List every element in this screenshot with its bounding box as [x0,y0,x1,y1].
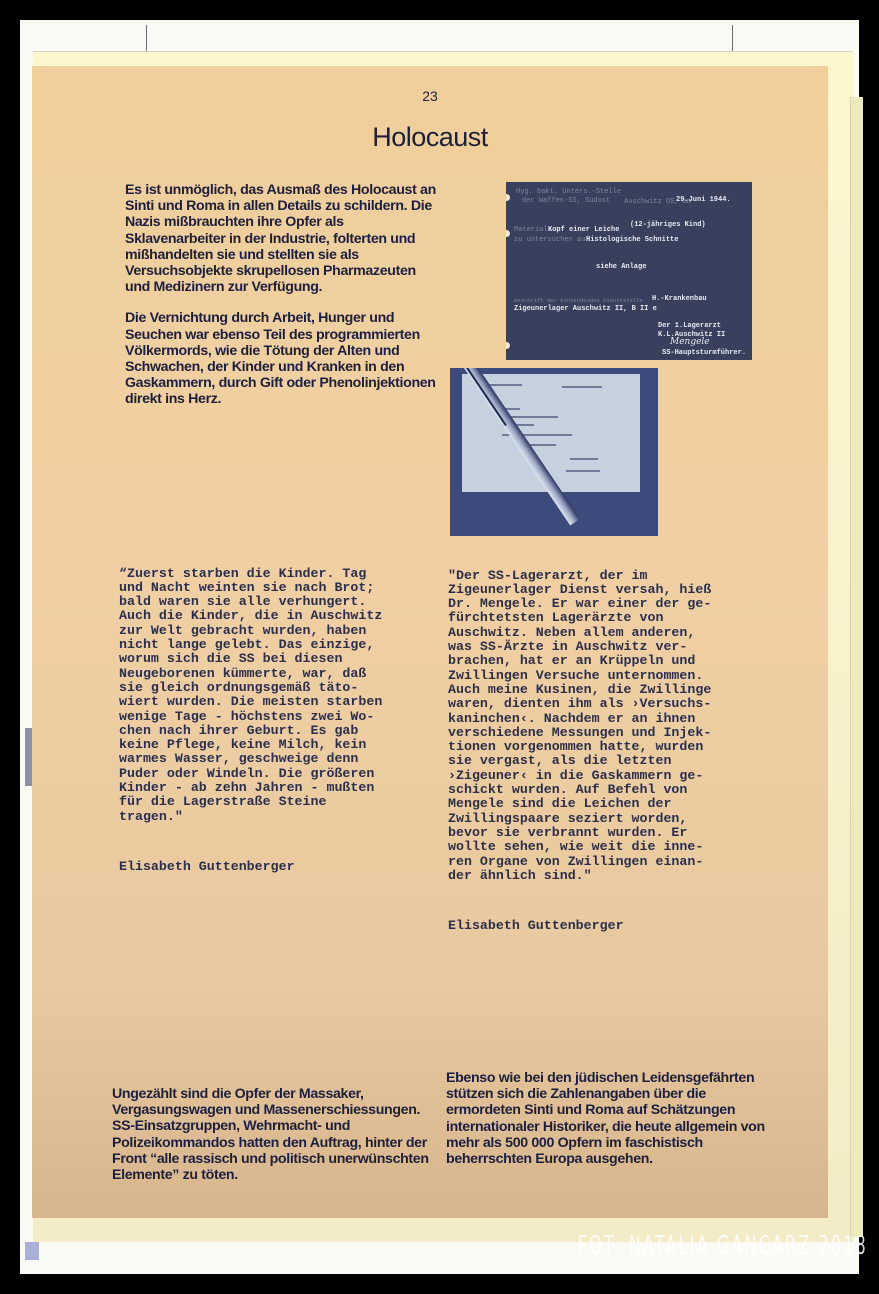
punch-hole [506,342,510,349]
report-signer: SS-Hauptsturmführer. [662,349,746,358]
report-signature: Mengele [670,338,710,347]
punch-hole [506,230,510,237]
quote-attribution: Elisabeth Guttenberger [119,860,382,874]
report-sender: Zigeunerlager Auschwitz II, B II e [514,305,657,314]
intro-text: Es ist unmöglich, das Ausmaß des Holocau… [125,182,441,423]
bottom-display-tab [25,1242,39,1260]
report-label: Anschrift der einsendenden Dienststelle [514,296,643,305]
quote-left: “Zuerst starben die Kinder. Tag und Nach… [119,538,382,902]
report-label: zu untersuchen auf [514,236,590,245]
report-label: Material: [514,226,552,235]
report-header: Hyg. bakt. Unters.-Stelle [516,188,621,197]
report-exam: Histologische Schnitte [586,236,678,245]
hanging-wire [732,25,733,53]
report-note: (12-jähriges Kind) [630,221,706,230]
page-title: Holocaust [32,122,828,153]
report-sender: H.-Krankenbau [652,295,707,304]
lab-report-image: Hyg. bakt. Unters.-Stelle der Waffen-SS,… [506,182,752,360]
report-signer: Der 1.Lagerarzt [658,322,721,331]
page-number: 23 [32,88,828,104]
mount-edge [850,97,863,1237]
quote-attribution: Elisabeth Guttenberger [448,919,711,933]
document-with-syringe-image [450,368,658,536]
report-header: der Waffen-SS, Südost [522,197,610,206]
quote-text: "Der SS-Lagerarzt, der im Zigeunerlager … [448,569,711,884]
intro-paragraph: Die Vernichtung durch Arbeit, Hunger und… [125,310,441,407]
report-diagnosis: siehe Anlage [596,263,646,272]
exhibition-poster: 23 Holocaust Es ist unmöglich, das Ausma… [32,66,828,1218]
hanging-wire [146,25,147,53]
bottom-right-text: Ebenso wie bei den jüdischen Leidens­gef… [446,1070,772,1167]
bottom-left-text: Ungezählt sind die Opfer der Massaker, V… [112,1086,430,1183]
quote-right: "Der SS-Lagerarzt, der im Zigeunerlager … [448,540,711,962]
punch-hole [506,194,510,201]
quote-text: “Zuerst starben die Kinder. Tag und Nach… [119,567,382,824]
report-date: 29.Juni 1944. [676,196,731,205]
intro-paragraph: Es ist unmöglich, das Ausmaß des Holocau… [125,182,441,295]
report-material: Kopf einer Leiche [548,226,619,235]
photo-watermark: FOT. NATALIA GANCARZ 2018 [578,1231,868,1261]
